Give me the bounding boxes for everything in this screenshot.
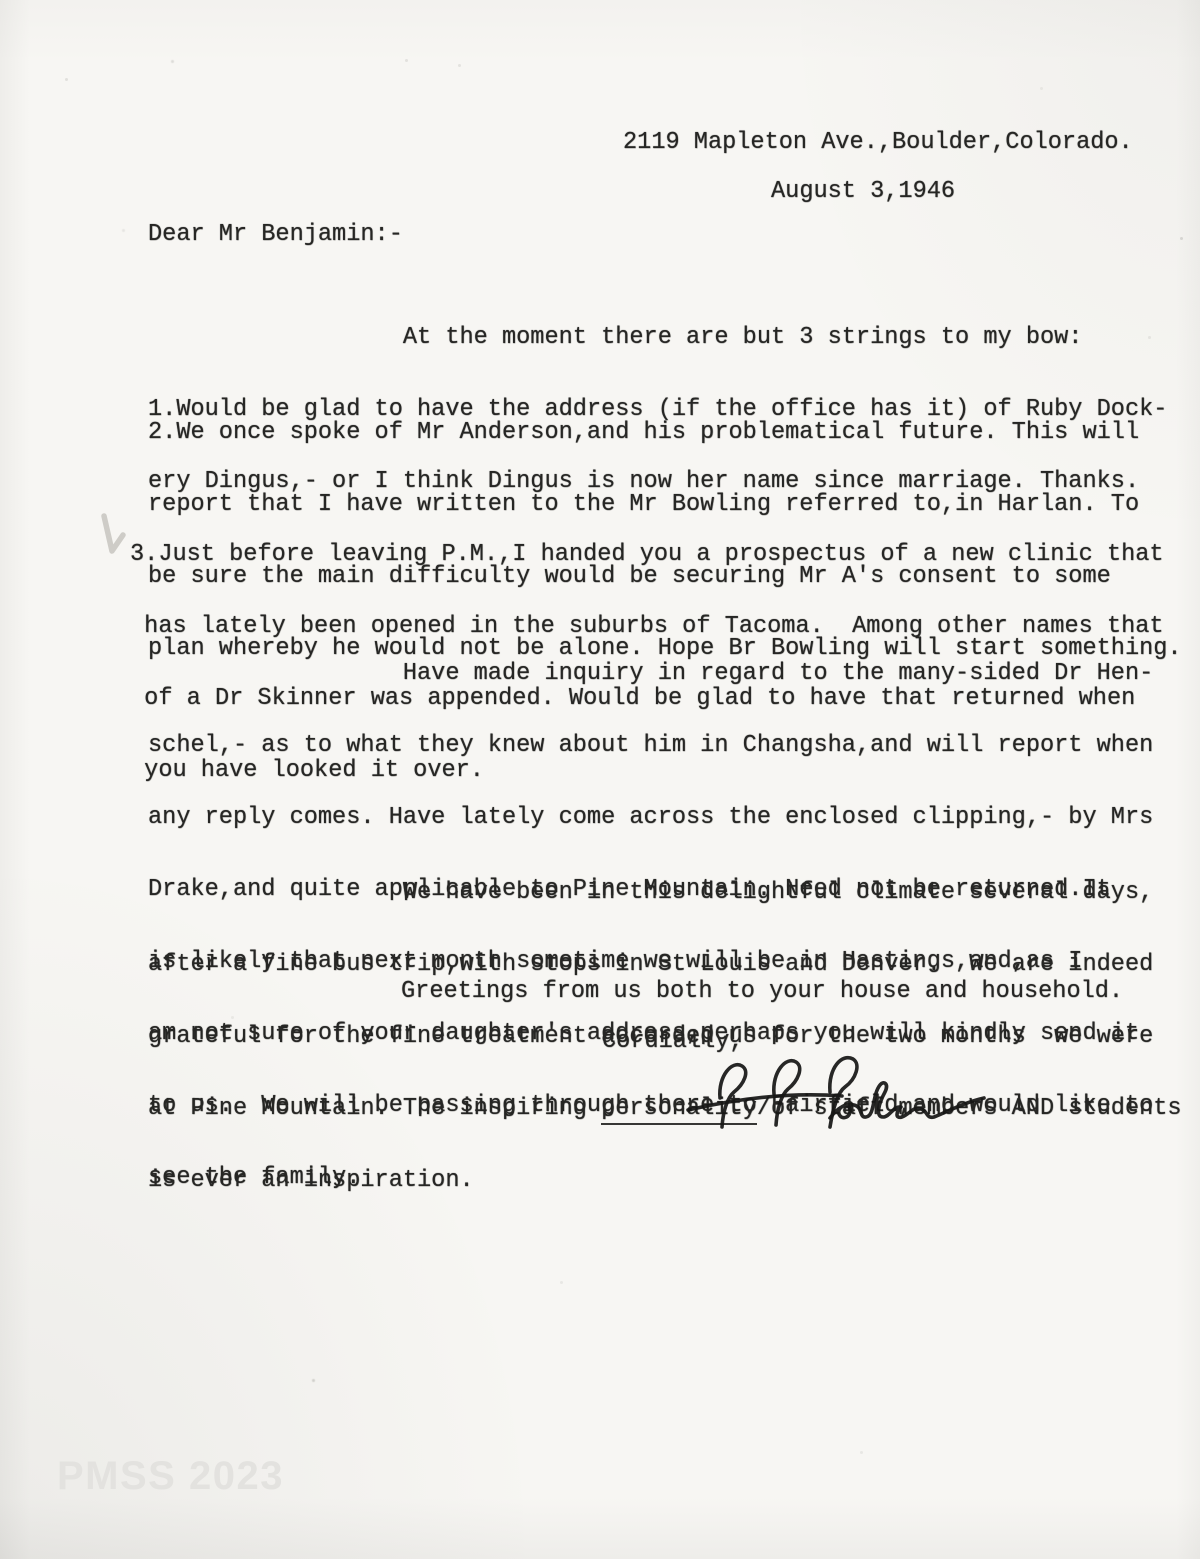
check-mark-icon — [99, 511, 129, 561]
letter-line: 3.Just before leaving P.M.,I handed you … — [130, 543, 1164, 567]
salutation: Dear Mr Benjamin:- — [148, 223, 403, 247]
scanned-letter-page: 2119 Mapleton Ave.,Boulder,Colorado. Aug… — [0, 0, 1200, 1559]
date-line: August 3,1946 — [771, 180, 955, 204]
letter-line-with-underline: at Pine Mountain. The inspiring personal… — [148, 1097, 1182, 1121]
signature-handwriting — [680, 1048, 992, 1144]
letter-line: any reply comes. Have lately come across… — [148, 806, 1153, 830]
watermark: PMSS 2023 — [57, 1464, 284, 1488]
letter-line: after a fine bus trip,with stops in St L… — [148, 953, 1182, 977]
scan-specks — [0, 0, 3, 3]
letter-line: 2.We once spoke of Mr Anderson,and his p… — [148, 421, 1182, 445]
letter-line: At the moment there are but 3 strings to… — [148, 326, 1167, 350]
sender-address: 2119 Mapleton Ave.,Boulder,Colorado. — [623, 131, 1133, 155]
letter-line: schel,- as to what they knew about him i… — [148, 734, 1153, 758]
letter-line: We have been in this delightful climate … — [148, 881, 1182, 905]
signature-icon — [680, 1048, 992, 1144]
greetings-line: Greetings from us both to your house and… — [401, 980, 1123, 1004]
margin-annotation — [99, 511, 129, 561]
letter-line: is ever an inspiration. — [148, 1169, 1182, 1193]
letter-line: Have made inquiry in regard to the many-… — [148, 662, 1153, 686]
line-segment: at Pine Mountain. The inspiring — [148, 1095, 601, 1122]
